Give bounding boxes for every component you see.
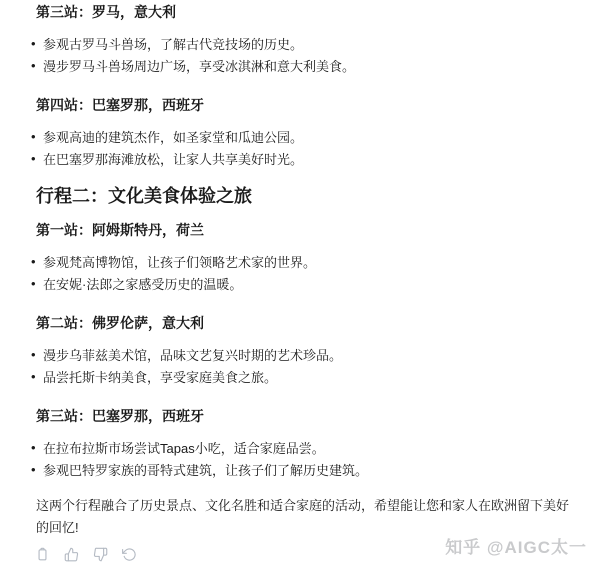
copy-button[interactable] xyxy=(33,545,52,564)
itinerary-stop-list: 参观古罗马斗兽场，了解古代竞技场的历史。 漫步罗马斗兽场周边广场，享受冰淇淋和意… xyxy=(36,34,570,78)
itinerary-stop-list: 漫步乌菲兹美术馆，品味文艺复兴时期的艺术珍品。 品尝托斯卡纳美食，享受家庭美食之… xyxy=(36,345,570,389)
itinerary-item: 参观巴特罗家族的哥特式建筑，让孩子们了解历史建筑。 xyxy=(43,460,570,482)
itinerary-stop-title: 第一站：阿姆斯特丹，荷兰 xyxy=(36,220,570,240)
itinerary-stop-title: 第三站：巴塞罗那，西班牙 xyxy=(36,406,570,426)
regenerate-button[interactable] xyxy=(120,545,139,564)
thumbs-up-button[interactable] xyxy=(62,545,81,564)
itinerary-stop-list: 在拉布拉斯市场尝试Tapas小吃，适合家庭品尝。 参观巴特罗家族的哥特式建筑，让… xyxy=(36,438,570,482)
thumbs-down-button[interactable] xyxy=(91,545,110,564)
itinerary-item: 在巴塞罗那海滩放松，让家人共享美好时光。 xyxy=(43,149,570,171)
itinerary-stop-title: 第二站：佛罗伦萨，意大利 xyxy=(36,313,570,333)
itinerary-stop-list: 参观高迪的建筑杰作，如圣家堂和瓜迪公园。 在巴塞罗那海滩放松，让家人共享美好时光… xyxy=(36,127,570,171)
itinerary-item: 漫步罗马斗兽场周边广场，享受冰淇淋和意大利美食。 xyxy=(43,56,570,78)
chat-response-document: 第三站：罗马，意大利 参观古罗马斗兽场，了解古代竞技场的历史。 漫步罗马斗兽场周… xyxy=(0,0,600,571)
thumbs-up-icon xyxy=(64,547,79,562)
itinerary-item: 参观高迪的建筑杰作，如圣家堂和瓜迪公园。 xyxy=(43,127,570,149)
copy-icon xyxy=(35,547,50,562)
watermark: 知乎 @AIGC太一 xyxy=(445,533,587,558)
itinerary-item: 在拉布拉斯市场尝试Tapas小吃，适合家庭品尝。 xyxy=(43,438,570,460)
itinerary-item: 参观梵高博物馆，让孩子们领略艺术家的世界。 xyxy=(43,252,570,274)
itinerary-stop-list: 参观梵高博物馆，让孩子们领略艺术家的世界。 在安妮·法郎之家感受历史的温暖。 xyxy=(36,252,570,296)
thumbs-down-icon xyxy=(93,547,108,562)
itinerary-item: 漫步乌菲兹美术馆，品味文艺复兴时期的艺术珍品。 xyxy=(43,345,570,367)
itinerary-stop-title: 第三站：罗马，意大利 xyxy=(36,2,570,22)
itinerary-section-title: 行程二：文化美食体验之旅 xyxy=(36,184,570,208)
regenerate-icon xyxy=(122,547,137,562)
itinerary-item: 品尝托斯卡纳美食，享受家庭美食之旅。 xyxy=(43,367,570,389)
itinerary-stop-title: 第四站：巴塞罗那，西班牙 xyxy=(36,95,570,115)
itinerary-item: 参观古罗马斗兽场，了解古代竞技场的历史。 xyxy=(43,34,570,56)
itinerary-item: 在安妮·法郎之家感受历史的温暖。 xyxy=(43,274,570,296)
